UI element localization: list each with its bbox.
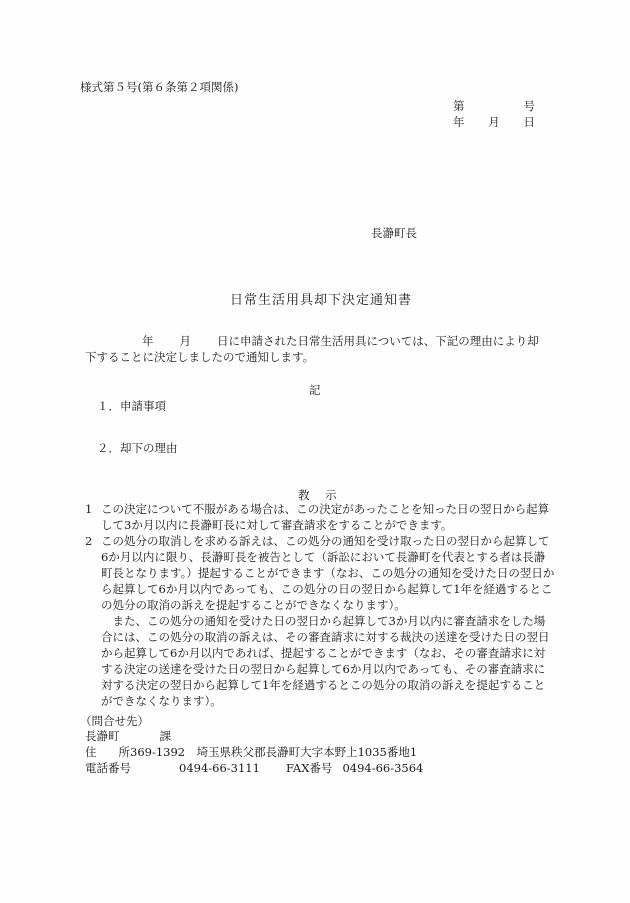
form-number: 様式第５号(第６条第２項関係): [80, 79, 238, 95]
dept-suffix: 課: [160, 729, 172, 743]
instruction-item: 2 この処分の取消しを求める訴えは、この処分の通知を受け取った日の翌日から起算し…: [85, 533, 555, 709]
ki-heading: 記: [309, 382, 321, 398]
date-day: 日: [524, 114, 536, 130]
contact-phone: 電話番号0494-66-3111FAX番号0494-66-3564: [85, 760, 423, 776]
item-reason: ２．却下の理由: [97, 440, 178, 456]
contact-address: 住所369-1392 埼玉県秩父郡長瀞町大字本野上1035番地1: [85, 744, 417, 760]
body-month: 月: [180, 334, 192, 348]
contact-department: 長瀞町課: [85, 728, 171, 744]
date-line: 年 月 日: [453, 114, 535, 130]
date-month: 月: [488, 114, 500, 130]
contact-heading: （問合せ先）: [80, 713, 149, 729]
phone-value: 0494-66-3111: [179, 761, 260, 775]
phone-label: 電話番号: [85, 761, 131, 775]
instruction-number: 1: [85, 501, 101, 533]
date-year: 年: [453, 114, 465, 130]
address-value: 369-1392 埼玉県秩父郡長瀞町大字本野上1035番地1: [130, 745, 417, 759]
number-suffix: 号: [524, 98, 536, 114]
instruction-text-continued: また、この処分の通知を受けた日の翌日から起算して3か月以内に審査請求をした場合に…: [101, 613, 555, 709]
instruction-text: この処分の取消しを求める訴えは、この処分の通知を受け取った日の翌日から起算して6…: [101, 533, 555, 613]
sender: 長瀞町長: [371, 225, 417, 241]
fax-value: 0494-66-3564: [342, 761, 423, 775]
body-year: 年: [142, 334, 154, 348]
instruction-item: 1 この決定について不服がある場合は、この決定があったことを知った日の翌日から起…: [85, 501, 555, 533]
item-application: １．申請事項: [97, 398, 166, 414]
document-number-line: 第 号: [453, 98, 535, 114]
fax-label: FAX番号: [286, 761, 332, 775]
address-label-2: 所: [119, 745, 131, 759]
instruction-text: この決定について不服がある場合は、この決定があったことを知った日の翌日から起算し…: [101, 501, 555, 533]
address-label: 住: [85, 745, 97, 759]
body-paragraph: 年月日に申請された日常生活用具については、下記の理由により却下することに決定しま…: [85, 333, 550, 365]
instruction-number: 2: [85, 533, 101, 709]
instructions: 1 この決定について不服がある場合は、この決定があったことを知った日の翌日から起…: [85, 501, 555, 709]
dept-town: 長瀞町: [85, 729, 120, 743]
number-prefix: 第: [453, 98, 465, 114]
document-title: 日常生活用具却下決定通知書: [230, 289, 412, 308]
